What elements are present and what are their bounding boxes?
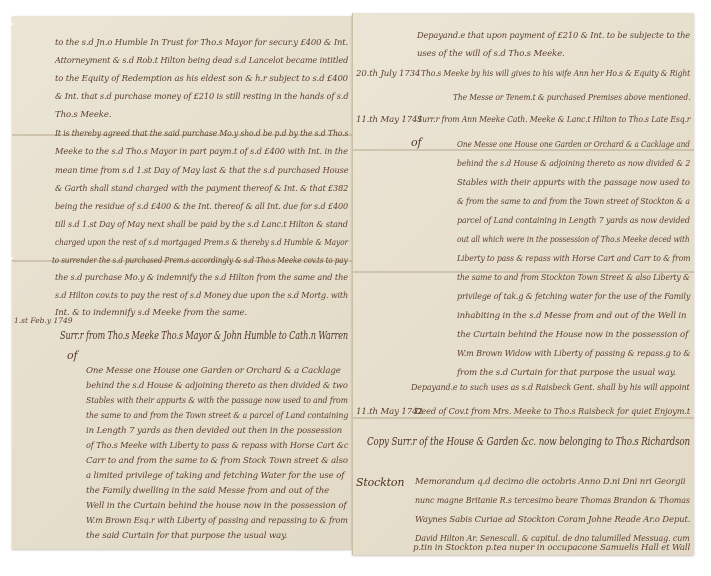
left-page: to the s.d Jn.o Humble In Trust for Tho.… [12,16,352,549]
deed-line: Stables with their appurts & with the pa… [86,396,348,406]
text-line: s.d Hilton cov.ts to pay the rest of s.d… [55,291,348,301]
entry-text: Deed of Cov.t from Mrs. Meeke to Tho.s R… [415,407,690,417]
memo-line: nunc magne Britanie R.s tercesimo beare … [415,496,690,506]
of-label: of [67,349,77,362]
deed-line: the said Curtain for that purpose the us… [86,531,287,541]
text-line: Int. & to indemnify s.d Meeke from the s… [55,308,247,318]
deed-line: out all which were in the possession of … [457,235,690,245]
right-page: Depayand.e that upon payment of £210 & I… [352,13,694,555]
text-line: till s.d 1.st Day of May next shall be p… [55,220,348,230]
deed-line: the same to and from the Town street & a… [86,411,348,421]
text-line: to the s.d Jn.o Humble In Trust for Tho.… [55,38,348,48]
entry-date: 11.th May 1742 [356,407,423,417]
deed-line: parcel of Land containing in Length 7 ya… [457,216,690,226]
memo-line: Waynes Sabis Curiae ad Stockton Coram Jo… [415,515,690,525]
text-line: & Garth shall stand charged with the pay… [55,184,348,194]
text-line: It is thereby agreed that the said purch… [55,129,348,139]
deed-line: One Messe one House one Garden or Orchar… [86,366,341,376]
memo-line: p.tin in Stockton p.tea nuper in occupac… [413,543,690,553]
deed-line: the Family dwelling in the said Messe fr… [86,486,329,496]
deed-line: in Length 7 yards as then devided out th… [86,426,342,436]
deed-line: One Messe one House one Garden or Orchar… [457,140,690,150]
text-line: to the Equity of Redemption as his eldes… [55,74,348,84]
entry-date: 20.th July 1734 [356,69,420,79]
deed-line: Liberty to pass & repass with Horse Cart… [457,254,690,264]
text-line: charged upon the rest of s.d mortgaged P… [55,238,348,248]
note-line: The Messe or Tenem.t & purchased Premise… [453,93,690,103]
deed-line: privilege of tak.g & fetching water for … [457,292,690,302]
entry-text: Surr.r from Ann Meeke Cath. Meeke & Lanc… [417,115,690,125]
deed-line: W.m Brown Widow with Liberty of passing … [457,349,690,359]
margin-date-note: 1.st Feb.y 1749 [14,316,73,325]
deed-line: from the s.d Curtain for that purpose th… [457,368,676,378]
text-line: Depayand.e that upon payment of £210 & I… [417,31,690,41]
deed-line: Carr to and from the same to & from Stoc… [86,456,348,466]
deed-heading: Surr.r from Tho.s Meeke Tho.s Mayor & Jo… [60,329,348,342]
memo-line: Memorandum q.d decimo die octobris Anno … [415,477,686,487]
text-line: being the residue of s.d £400 & the Int.… [55,202,348,212]
deed-line: the Curtain behind the House now in the … [457,330,688,340]
depayand-line: Depayand.e to such uses as s.d Raisbeck … [411,383,690,393]
of-label: of [411,136,421,149]
paper-tear [0,18,14,30]
memo-place: Stockton [356,476,404,489]
paper-tear [0,252,14,264]
deed-line: a limited privilege of taking and fetchi… [86,471,344,481]
deed-line: Well in the Curtain behind the house now… [86,501,346,511]
entry-date: 11.th May 1741 [356,115,423,125]
text-line: uses of the will of s.d Tho.s Meeke. [417,49,565,59]
deed-line: behind the s.d House & adjoining thereto… [457,159,690,169]
text-line: the s.d purchase Mo.y & indemnify the s.… [55,273,348,283]
text-line: Attorneyment & s.d Rob.t Hilton being de… [55,56,348,66]
deed-line: inhabiting in the s.d Messe from and out… [457,311,686,321]
fold-crease [353,417,694,419]
deed-line: W.m Brown Esq.r with Liberty of passing … [86,516,348,526]
deed-line: Stables with their appurts with the pass… [457,178,690,188]
text-line: to surrender the s.d purchased Prem.s ac… [52,256,347,266]
copy-heading: Copy Surr.r of the House & Garden &c. no… [367,435,690,448]
deed-line: the same to and from Stockton Town Stree… [457,273,690,283]
text-line: Tho.s Meeke. [55,110,111,120]
deed-line: behind the s.d House & adjoining thereto… [86,381,348,391]
text-line: & Int. that s.d purchase money of £210 i… [55,92,348,102]
entry-text: Tho.s Meeke by his will gives to his wif… [421,69,690,79]
deed-line: of Tho.s Meeke with Liberty to pass & re… [86,441,348,451]
text-line: Meeke to the s.d Tho.s Mayor in part pay… [55,147,348,157]
text-line: mean time from s.d 1.st Day of May last … [55,166,348,176]
deed-line: & from the same to and from the Town str… [457,197,690,207]
